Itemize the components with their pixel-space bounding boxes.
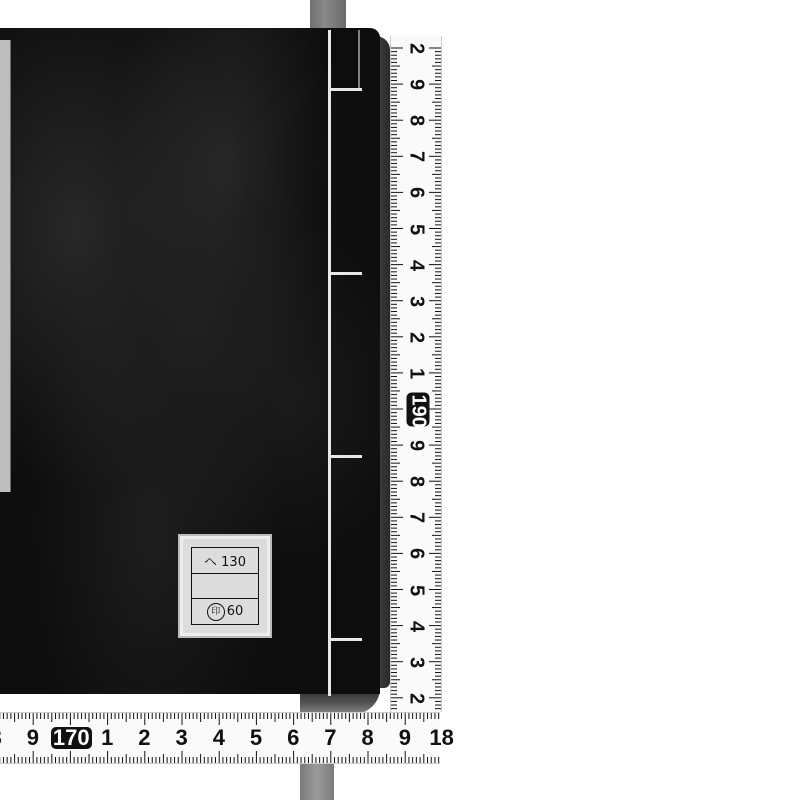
ruler-h-label: 6 (287, 727, 299, 749)
ruler-v-label: 9 (405, 431, 428, 461)
strap-top (310, 0, 346, 30)
binding-thread-edge (358, 30, 360, 90)
ruler-v-label: 7 (405, 142, 428, 172)
catalog-label-row-2 (192, 574, 258, 600)
ruler-h-label: 3 (176, 727, 188, 749)
binding-thread-3 (328, 455, 362, 458)
ruler-v-label: 7 (405, 503, 428, 533)
ruler-h-label: 9 (399, 727, 411, 749)
ruler-h-label: 18 (429, 727, 453, 749)
ruler-h-label: 8 (0, 727, 2, 749)
ruler-v-label: 4 (405, 611, 428, 641)
ruler-v-label: 2 (405, 683, 428, 713)
ruler-h-label: 9 (27, 727, 39, 749)
ruler-v-label: 4 (405, 250, 428, 280)
ruler-h-label: 170 (51, 727, 92, 749)
ruler-v-label: 1 (405, 358, 428, 388)
binding-thread-4 (328, 638, 362, 641)
catalog-label-row-1: ヘ 130 (192, 548, 258, 574)
ruler-v-label: 2 (405, 322, 428, 352)
catalog-label: ヘ 130 印 60 (180, 536, 270, 636)
ruler-v-label: 3 (405, 647, 428, 677)
ruler-v-label: 3 (405, 286, 428, 316)
ruler-h-label: 5 (250, 727, 262, 749)
title-slip (0, 40, 11, 492)
vertical-ruler: 298765432119098765432 (390, 36, 442, 712)
ruler-v-label: 8 (405, 106, 428, 136)
horizontal-ruler: 8917012345678918 (0, 712, 440, 764)
ruler-v-label: 5 (405, 575, 428, 605)
ruler-h-label: 4 (213, 727, 225, 749)
ruler-v-label: 6 (405, 539, 428, 569)
ruler-h-label: 7 (324, 727, 336, 749)
ruler-v-label: 2 (405, 34, 428, 64)
ruler-h-label: 1 (101, 727, 113, 749)
ruler-v-label: 190 (407, 393, 430, 427)
ruler-v-label: 6 (405, 178, 428, 208)
ruler-h-label: 2 (138, 727, 150, 749)
ruler-v-label: 8 (405, 467, 428, 497)
ruler-v-label: 5 (405, 214, 428, 244)
strap-bottom (300, 762, 334, 800)
catalog-label-row-3: 印 60 (192, 599, 258, 624)
ruler-v-label: 9 (405, 70, 428, 100)
seal-stamp-icon: 印 (207, 603, 225, 621)
binding-thread-2 (328, 272, 362, 275)
binding-thread-1 (328, 88, 362, 91)
catalog-number: 60 (227, 604, 244, 619)
binding-thread-vertical (328, 30, 331, 696)
ruler-h-label: 8 (362, 727, 374, 749)
